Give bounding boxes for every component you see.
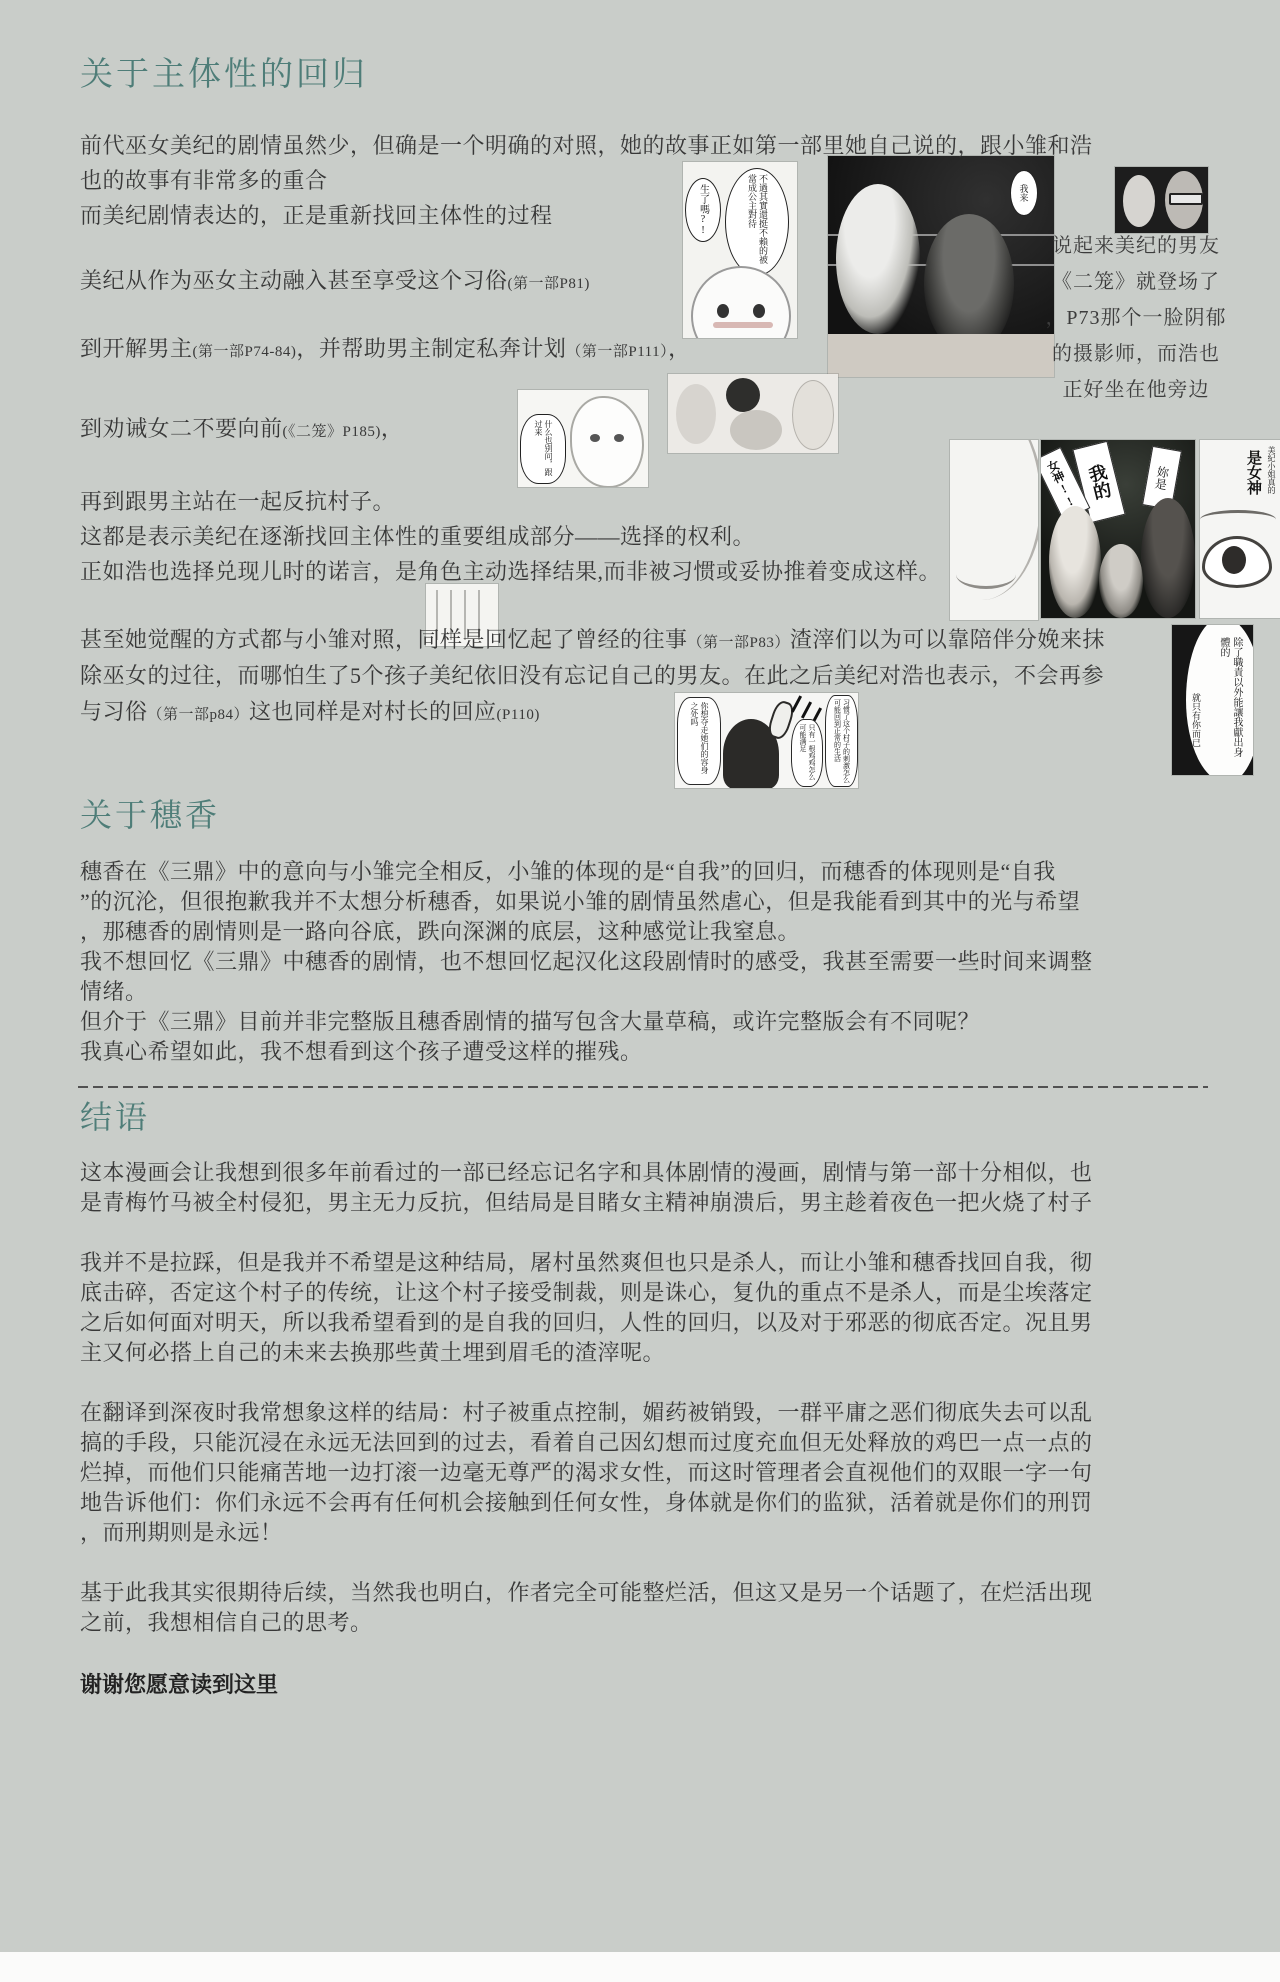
manga-panel-bench-strip <box>668 374 838 453</box>
paragraph-epilogue-1: 这本漫画会让我想到很多年前看过的一部已经忘记名字和具体剧情的漫画，剧情与第一部十… <box>80 1158 1093 1218</box>
page-reference: (第一部P74-84) <box>193 344 297 360</box>
caption-text-small: 美紀小姐真的 <box>1266 446 1277 494</box>
text-line: 我真心希望如此，我不想看到这个孩子遭受这样的摧残。 <box>80 1037 1093 1067</box>
paragraph-awakening: 甚至她觉醒的方式都与小雏对照，同样是回忆起了曾经的往事（第一部P83）渣滓们以为… <box>80 622 1105 730</box>
text-line: ，那穗香的剧情则是一路向谷底，跌向深渊的底层，这种感觉让我窒息。 <box>80 917 1093 947</box>
boy-figure <box>924 214 1014 354</box>
sketch-line <box>956 560 1016 589</box>
text-line: 穗香在《三鼎》中的意向与小雏完全相反，小雏的体现的是“自我”的回归，而穗香的体现… <box>80 857 1093 887</box>
manga-panel-devotion: 除了職責以外能讓我獻出身體的 就只有你而已 <box>1172 625 1253 775</box>
text-line: 是青梅竹马被全村侵犯，男主无力反抗，但结局是目睹女主精神崩溃后，男主趁着夜色一把… <box>80 1188 1093 1218</box>
text-line: 搞的手段，只能沉浸在永远无法回到的过去，看着自己因幻想而过度充血但无处释放的鸡巴… <box>80 1428 1093 1458</box>
girl-eye <box>753 304 765 318</box>
section-title-subjectivity: 关于主体性的回归 <box>80 48 368 95</box>
manga-panel-eye-closeup: 美紀小姐真的 是女神 <box>1200 440 1280 618</box>
text-line: 地告诉他们：你们永远不会再有任何机会接触到任何女性，身体就是你们的监狱，活着就是… <box>80 1488 1093 1518</box>
man-face <box>1123 175 1155 227</box>
text-line: 到开解男主(第一部P74-84)，并帮助男主制定私奔计划（第一部P111）， <box>80 331 691 366</box>
text-line: 烂掉，而他们只能痛苦地一边打滚一边毫无尊严的渴求女性，而这时管理者会直视他们的双… <box>80 1458 1093 1488</box>
text-line: ”的沉沦，但很抱歉我并不太想分析穗香，如果说小雏的剧情虽然虐心，但是我能看到其中… <box>80 887 1093 917</box>
old-man-figure <box>1099 544 1143 618</box>
figure <box>676 384 716 444</box>
paragraph-epilogue-2: 我并不是拉踩，但是我并不希望是这种结局，屠村虽然爽但也只是杀人，而让小雏和穗香找… <box>80 1248 1093 1368</box>
page-reference: (第一部P81) <box>508 276 590 292</box>
girl-figure <box>792 380 834 450</box>
glasses-icon <box>1169 193 1203 205</box>
caption-text-big: 是女神 <box>1243 450 1264 495</box>
text-line: ，P73那个一脸阴郁 <box>1036 300 1236 336</box>
page-reference: (《二笼》P185) <box>283 424 381 440</box>
afterword-page: { "colors": {"background":"#c9cdc9","hea… <box>0 0 1280 1982</box>
manga-panel-goddess-scene: 我的 女神!! 妳是 <box>1041 440 1195 618</box>
woman-eye <box>590 434 600 442</box>
text-line: 情绪。 <box>80 977 1093 1007</box>
text-line: 到劝诫女二不要向前(《二笼》P185)， <box>80 411 403 446</box>
section-title-hozuki: 关于穗香 <box>80 790 220 836</box>
line-miki-point-2: 到开解男主(第一部P74-84)，并帮助男主制定私奔计划（第一部P111）， <box>80 331 691 366</box>
paragraph-epilogue-3: 在翻译到深夜时我常想象这样的结局：村子被重点控制，媚药被销毁，一群平庸之恶们彻底… <box>80 1398 1093 1548</box>
speech-bubble-text: 只有一根鸡鸡怎么可能满足 <box>798 724 816 782</box>
woman-head-sketch <box>570 396 644 487</box>
text-line: 主又何必搭上自己的未来去换那些黄土埋到眉毛的渣滓呢。 <box>80 1338 1093 1368</box>
text-line: 正好坐在他旁边 <box>1036 372 1236 408</box>
text-line: 与习俗（第一部p84）这也同样是对村长的回应(P110) <box>80 694 1105 730</box>
text-line: 前代巫女美纪的剧情虽然少，但确是一个明确的对照，她的故事正如第一部里她自己说的，… <box>80 128 1093 163</box>
text-line: 正如浩也选择兑现儿时的诺言，是角色主动选择结果,而非被习惯或妥协推着变成这样。 <box>80 554 941 589</box>
paragraph-epilogue-4: 基于此我其实很期待后续，当然我也明白，作者完全可能整烂活，但这又是另一个话题了，… <box>80 1578 1093 1638</box>
figure <box>730 410 782 450</box>
text-line: 之后如何面对明天，所以我希望看到的是自我的回归，人性的回归，以及对于邪恶的彻底否… <box>80 1308 1093 1338</box>
paragraph-intro: 前代巫女美纪的剧情虽然少，但确是一个明确的对照，她的故事正如第一部里她自己说的，… <box>80 128 1093 233</box>
manga-panel-face-closeup <box>950 440 1038 620</box>
side-note-photographer: 说起来美纪的男友《二笼》就登场了，P73那个一脸阴郁的摄影师，而浩也正好坐在他旁… <box>1036 228 1236 408</box>
speech-bubble-subtext: 就只有你而已 <box>1190 693 1201 763</box>
text-line: 在翻译到深夜时我常想象这样的结局：村子被重点控制，媚药被销毁，一群平庸之恶们彻底… <box>80 1398 1093 1428</box>
text-line: 的摄影师，而浩也 <box>1036 336 1236 372</box>
manga-panel-photographer <box>1115 167 1208 233</box>
girl-eye <box>717 304 729 318</box>
section-divider <box>78 1086 1208 1088</box>
text-line: 之前，我想相信自己的思考。 <box>80 1608 1093 1638</box>
line-miki-point-3: 到劝诫女二不要向前(《二笼》P185)， <box>80 411 403 446</box>
text-line: 这都是表示美纪在逐渐找回主体性的重要组成部分——选择的权利。 <box>80 519 941 554</box>
paragraph-hozuki: 穗香在《三鼎》中的意向与小雏完全相反，小雏的体现的是“自我”的回归，而穗香的体现… <box>80 857 1093 1067</box>
sign-text: 妳是 <box>1152 465 1173 492</box>
pupil <box>1222 546 1246 574</box>
text-line: 而美纪剧情表达的，正是重新找回主体性的过程 <box>80 198 1093 233</box>
text-line: 甚至她觉醒的方式都与小雏对照，同样是回忆起了曾经的往事（第一部P83）渣滓们以为… <box>80 622 1105 658</box>
bottom-margin <box>0 1952 1280 1982</box>
woman-figure <box>1049 506 1101 618</box>
text-line: 基于此我其实很期待后续，当然我也明白，作者完全可能整烂活，但这又是另一个话题了，… <box>80 1578 1093 1608</box>
text-line: 除巫女的过往，而哪怕生了5个孩子美纪依旧没有忘记自己的男友。在此之后美纪对浩也表… <box>80 658 1105 694</box>
text-line: ，而刑期则是永远！ <box>80 1518 1093 1548</box>
page-reference: （第一部P83） <box>688 635 790 651</box>
text-line: 我并不是拉踩，但是我并不希望是这种结局，屠村虽然爽但也只是杀人，而让小雏和穗香找… <box>80 1248 1093 1278</box>
woman-eye <box>614 434 624 442</box>
text-line: 这本漫画会让我想到很多年前看过的一部已经忘记名字和具体剧情的漫画，剧情与第一部十… <box>80 1158 1093 1188</box>
text-line: 但介于《三鼎》目前并非完整版且穗香剧情的描写包含大量草稿，或许完整版会有不同呢？ <box>80 1007 1093 1037</box>
section-title-epilogue: 结语 <box>80 1092 150 1138</box>
text-line: 《二笼》就登场了 <box>1036 264 1236 300</box>
text-line: 再到跟男主站在一起反抗村子。 <box>80 484 941 519</box>
page-reference: （第一部P111） <box>566 344 668 360</box>
text-line: 底击碎，否定这个村子的传统，让这个村子接受制裁，则是诛心，复仇的重点不是杀人，而… <box>80 1278 1093 1308</box>
text-line: 也的故事有非常多的重合 <box>80 163 1093 198</box>
boy-head <box>726 378 760 412</box>
page-reference: (P110) <box>497 707 540 723</box>
manga-panel-follow-woman: 什么也别问，跟过来 <box>518 390 648 487</box>
text-line: 美纪从作为巫女主动融入甚至享受这个习俗(第一部P81) <box>80 263 590 298</box>
blush-mark <box>713 322 773 328</box>
bench-shape <box>828 334 1054 377</box>
thanks-line: 谢谢您愿意读到这里 <box>80 1668 278 1699</box>
speech-bubble-text: 什么也别问，跟过来 <box>533 420 553 478</box>
speech-bubble: 什么也别问，跟过来 <box>520 414 566 484</box>
paragraph-miki-conclusion: 再到跟男主站在一起反抗村子。这都是表示美纪在逐渐找回主体性的重要组成部分——选择… <box>80 484 941 589</box>
man-figure <box>1141 498 1195 618</box>
page-reference: （第一部p84） <box>148 707 250 723</box>
sign-text: 我的 <box>1082 461 1116 502</box>
line-miki-point-1: 美纪从作为巫女主动融入甚至享受这个习俗(第一部P81) <box>80 263 590 298</box>
speech-bubble-text: 除了職責以外能讓我獻出身體的 <box>1217 637 1243 763</box>
text-line: 我不想回忆《三鼎》中穗香的剧情，也不想回忆起汉化这段剧情时的感受，我甚至需要一些… <box>80 947 1093 977</box>
text-line: 说起来美纪的男友 <box>1036 228 1236 264</box>
brow-line <box>1200 510 1276 529</box>
